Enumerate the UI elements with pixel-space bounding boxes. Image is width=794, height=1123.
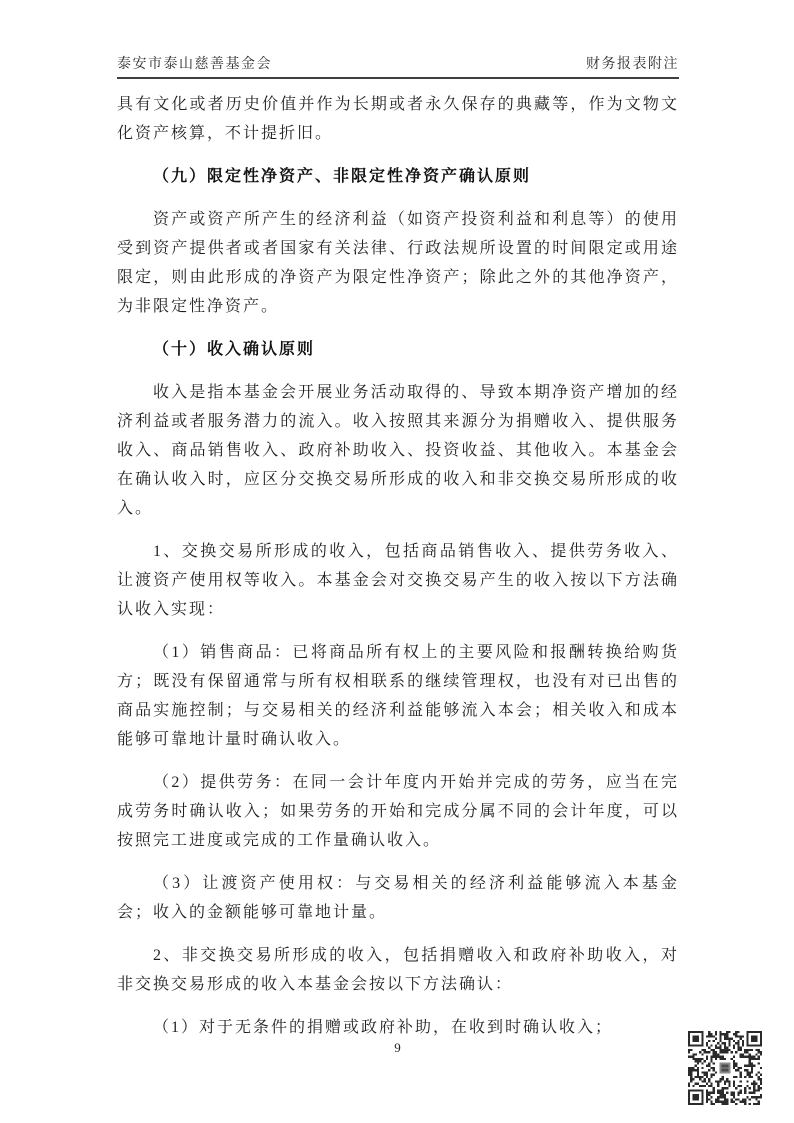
- document-body: 具有文化或者历史价值并作为长期或者永久保存的典藏等，作为文物文化资产核算，不计提…: [117, 90, 679, 1056]
- qr-code-icon: [687, 1031, 763, 1105]
- paragraph: 收入是指本基金会开展业务活动取得的、导致本期净资产增加的经济利益或者服务潜力的流…: [117, 378, 679, 523]
- section-heading-10: （十）收入确认原则: [117, 335, 679, 364]
- paragraph: 1、交换交易所形成的收入，包括商品销售收入、提供劳务收入、让渡资产使用权等收入。…: [117, 537, 679, 624]
- header-document-title: 财务报表附注: [586, 53, 679, 73]
- paragraph: 资产或资产所产生的经济利益（如资产投资利益和利息等）的使用受到资产提供者或者国家…: [117, 205, 679, 321]
- paragraph: 2、非交换交易所形成的收入，包括捐赠收入和政府补助收入，对非交换交易形成的收入本…: [117, 941, 679, 999]
- paragraph: （2）提供劳务：在同一会计年度内开始并完成的劳务，应当在完成劳务时确认收入；如果…: [117, 768, 679, 855]
- page-header: 泰安市泰山慈善基金会 财务报表附注: [117, 52, 679, 79]
- paragraph: （1）销售商品：已将商品所有权上的主要风险和报酬转换给购货方；既没有保留通常与所…: [117, 638, 679, 754]
- section-heading-9: （九）限定性净资产、非限定性净资产确认原则: [117, 162, 679, 191]
- paragraph-continuation: 具有文化或者历史价值并作为长期或者永久保存的典藏等，作为文物文化资产核算，不计提…: [117, 90, 679, 148]
- document-page: 泰安市泰山慈善基金会 财务报表附注 具有文化或者历史价值并作为长期或者永久保存的…: [0, 0, 794, 1123]
- header-organization-name: 泰安市泰山慈善基金会: [117, 53, 272, 73]
- paragraph: （3）让渡资产使用权：与交易相关的经济利益能够流入本基金会；收入的金额能够可靠地…: [117, 869, 679, 927]
- paragraph: （1）对于无条件的捐赠或政府补助，在收到时确认收入；: [117, 1013, 679, 1042]
- page-number: 9: [117, 1040, 679, 1056]
